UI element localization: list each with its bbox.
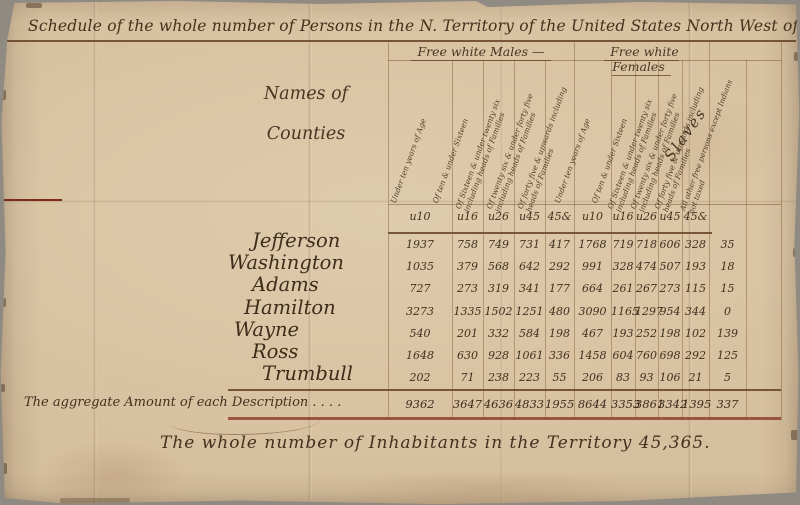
county-value-cell: 584 [514,327,545,340]
aggregate-value-cell: 3353 [611,397,635,411]
county-value-cell: 292 [682,349,709,362]
age-code-cell: 45& [682,210,709,223]
age-code-cell: 45& [545,210,574,223]
county-value-cell: 1502 [483,305,514,318]
free-white-males-header: Free white Males — [388,44,574,59]
county-value-cell: 474 [635,260,658,273]
county-value-cell: 1061 [514,349,545,362]
aggregate-value-cell: 3342 [658,397,682,411]
county-value-cell: 344 [682,305,709,318]
edge-mark [0,463,7,474]
aggregate-value-cell: 337 [709,397,746,411]
county-value-cell: 1035 [388,260,452,273]
county-value-cell: 328 [682,238,709,251]
total-inhabitants-line: The whole number of Inhabitants in the T… [160,433,711,453]
county-value-cell: 206 [574,371,611,384]
aggregate-value-cell: 9362 [388,397,452,411]
county-value-cell: 21 [682,371,709,384]
age-code-cell: u16 [611,210,635,223]
county-value-cell: 273 [658,282,682,295]
county-value-cell: 115 [682,282,709,295]
aggregate-value-cell: 1955 [545,397,574,411]
table-row: Washington103537956864229299132847450719… [0,257,800,279]
names-of-counties-header: Names of Counties [228,84,384,144]
aggregate-value-cell: 4833 [514,397,545,411]
county-value-cell: 201 [452,327,483,340]
county-value-cell: 1297 [635,305,658,318]
county-value-cell: 698 [658,349,682,362]
county-value-cell: 273 [452,282,483,295]
names-header-line2: Counties [228,124,384,144]
county-value-cell: 223 [514,371,545,384]
county-value-cell: 719 [611,238,635,251]
county-name-cell: Wayne [234,318,299,341]
age-code-cell: u26 [483,210,514,223]
county-value-cell: 202 [388,371,452,384]
edge-mark [0,90,6,100]
county-value-cell: 341 [514,282,545,295]
county-value-cell: 193 [611,327,635,340]
county-value-cell: 760 [635,349,658,362]
table-row: Hamilton32731335150212514803090116512979… [0,302,800,324]
county-value-cell: 991 [574,260,611,273]
county-value-cell: 1458 [574,349,611,362]
edge-mark [794,52,800,61]
county-value-cell: 379 [452,260,483,273]
county-value-cell: 749 [483,238,514,251]
county-name-cell: Washington [228,251,344,274]
county-value-cell: 1768 [574,238,611,251]
aggregate-value-cell: 8644 [574,397,611,411]
county-value-cell: 198 [545,327,574,340]
county-value-cell: 55 [545,371,574,384]
county-value-cell: 319 [483,282,514,295]
county-name-cell: Hamilton [244,296,336,319]
county-name-cell: Adams [252,273,319,296]
county-name-cell: Jefferson [252,229,340,252]
county-value-cell: 3273 [388,305,452,318]
county-value-cell: 15 [709,282,746,295]
title-rule [6,40,796,42]
county-value-cell: 261 [611,282,635,295]
edge-mark [791,430,800,440]
county-value-cell: 238 [483,371,514,384]
county-value-cell: 727 [388,282,452,295]
left-edge-red-mark [0,199,62,201]
aggregate-value-cell: 3647 [452,397,483,411]
county-name-cell: Trumbull [262,362,353,385]
county-value-cell: 480 [545,305,574,318]
pen-flourish [170,408,320,435]
age-code-cell: u16 [452,210,483,223]
county-value-cell: 642 [514,260,545,273]
census-schedule-document: Schedule of the whole number of Persons … [0,0,800,505]
paper-stain [330,470,650,505]
county-value-cell: 1335 [452,305,483,318]
county-value-cell: 417 [545,238,574,251]
county-value-cell: 467 [574,327,611,340]
county-value-cell: 18 [709,260,746,273]
county-value-cell: 507 [658,260,682,273]
document-title: Schedule of the whole number of Persons … [28,17,798,35]
county-value-cell: 292 [545,260,574,273]
county-value-cell: 1937 [388,238,452,251]
county-value-cell: 1251 [514,305,545,318]
county-value-cell: 540 [388,327,452,340]
county-value-cell: 1165 [611,305,635,318]
county-value-cell: 336 [545,349,574,362]
age-code-cell: u45 [658,210,682,223]
aggregate-value-cell: 4636 [483,397,514,411]
table-row: Trumbull20271238223552068393106215 [0,368,800,390]
county-value-cell: 568 [483,260,514,273]
county-value-cell: 177 [545,282,574,295]
county-value-cell: 731 [514,238,545,251]
county-value-cell: 106 [658,371,682,384]
county-value-cell: 35 [709,238,746,251]
aggregate-value-cell: 1395 [682,397,709,411]
county-value-cell: 198 [658,327,682,340]
codes-top-rule [388,204,781,205]
aggregate-label: The aggregate Amount of each Description… [24,395,341,410]
aggregate-value-cell: 3861 [635,397,658,411]
age-code-cell: u26 [635,210,658,223]
county-value-cell: 664 [574,282,611,295]
edge-mark [26,3,42,8]
names-header-line1: Names of [228,84,384,104]
aggregate-bottom-rule [228,417,781,420]
county-value-cell: 630 [452,349,483,362]
edge-mark [60,498,130,504]
county-value-cell: 193 [682,260,709,273]
county-value-cell: 252 [635,327,658,340]
table-row: Adams72727331934117766426126727311515 [0,279,800,301]
county-value-cell: 604 [611,349,635,362]
county-value-cell: 0 [709,305,746,318]
county-name-cell: Ross [252,340,298,363]
county-value-cell: 606 [658,238,682,251]
edge-mark [486,0,498,6]
county-value-cell: 71 [452,371,483,384]
county-value-cell: 102 [682,327,709,340]
county-value-cell: 332 [483,327,514,340]
codes-bottom-rule [388,232,712,234]
county-value-cell: 954 [658,305,682,318]
county-value-cell: 758 [452,238,483,251]
county-value-cell: 267 [635,282,658,295]
county-value-cell: 139 [709,327,746,340]
county-value-cell: 718 [635,238,658,251]
county-value-cell: 5 [709,371,746,384]
table-row: Jefferson1937758749731417176871971860632… [0,235,800,257]
table-row: Wayne540201332584198467193252198102139 [0,324,800,346]
county-value-cell: 3090 [574,305,611,318]
county-value-cell: 328 [611,260,635,273]
county-value-cell: 1648 [388,349,452,362]
county-value-cell: 83 [611,371,635,384]
age-code-cell: u45 [514,210,545,223]
age-code-cell: u10 [388,210,452,223]
county-value-cell: 928 [483,349,514,362]
county-value-cell: 125 [709,349,746,362]
table-row: Ross164863092810613361458604760698292125 [0,346,800,368]
county-value-cell: 93 [635,371,658,384]
age-code-cell: u10 [574,210,611,223]
